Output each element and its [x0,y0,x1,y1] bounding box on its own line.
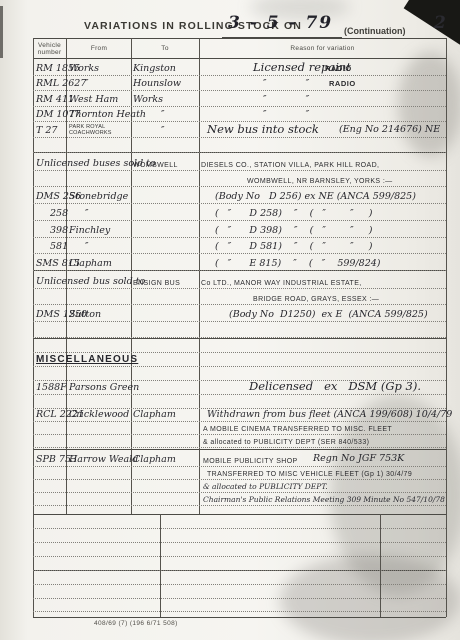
reason-cell: Delicensed ex DSM (Gp 3). [201,379,460,393]
reason-tag: Regn No JGF 753K [313,453,404,464]
reason-cell: (Body No D 256) ex NE (ANCA 599/825) [201,191,458,202]
table-row: 1588F Parsons Green Delicensed ex DSM (G… [33,380,446,395]
table-row: Unlicensed buses sold to WOMBWELL DIESEL… [33,152,446,171]
ruled-line [33,137,446,153]
vehicle-number: DM 1077 [36,109,70,120]
vehicle-number: RM 1855 [36,63,70,74]
table-row: RM 411 West Ham Works ″ ″ [33,90,446,107]
table-row: DMS 256 Stonebridge (Body No D 256) ex N… [33,186,446,204]
reason-tag: RADIO [329,79,356,88]
from-cell: PARK ROYAL COACHWORKS [69,125,125,136]
table-row: A MOBILE CINEMA TRANSFERRED TO MISC. FLE… [33,421,446,435]
reason-cell: Co LTD., MANOR WAY INDUSTRIAL ESTATE, [201,280,444,287]
scan-corner-mark [404,0,460,47]
ruled-line [33,556,446,571]
vehicle-number: RM 411 [36,94,70,105]
table-row: Chairman's Public Relations Meeting 309 … [33,492,446,506]
reason-cell: WOMBWELL, NR BARNSLEY, YORKS :— [201,178,460,185]
table-row: SMS 815 Clapham ( ″ E 815) ″ ( ″ 599/824… [33,253,446,271]
table-row: BRIDGE ROAD, GRAYS, ESSEX :— [33,288,446,305]
reason-cell: Chairman's Public Relations Meeting 309 … [201,495,446,504]
reason-cell: BRIDGE ROAD, GRAYS, ESSEX :— [201,296,460,303]
ruled-line [33,584,446,599]
ruled-line [33,514,446,529]
grid-line [33,617,446,618]
vehicle-number: RML 2627 [36,78,70,89]
reason-cell: & allocated to PUBLICITY DEPT. [201,482,446,491]
table-row: DM 1077 Thornton Heath ″ ″ ″ [33,106,446,122]
reason-cell: ″ ″ [201,94,460,105]
from-cell: Works [69,63,131,74]
table-row: RCL 2221 Cricklewood Clapham Withdrawn f… [33,408,446,422]
reason-cell: DIESELS CO., STATION VILLA, PARK HILL RO… [201,162,444,169]
from-cell: ″ [69,208,147,219]
form-print-code: 408/69 (7) (196 6/71 508) [94,620,178,627]
table-row: 398 Finchley ( ″ D 398) ″ ( ″ ″ ) [33,220,446,238]
to-cell: Kingston [133,63,199,74]
vehicle-number: T 27 [36,125,70,136]
from-cell: Stonebridge [69,191,131,202]
reason-cell: (Body No D1250) ex E (ANCA 599/825) [201,309,460,320]
reason-cell: TRANSFERRED TO MISC VEHICLE FLEET (Gp 1)… [201,471,450,478]
form-date: 3 - 5 - 79 [228,13,333,33]
vehicle-number: SMS 815 [36,258,70,269]
ruled-line [33,570,446,585]
reason-cell: A MOBILE CINEMA TRANSFERRED TO MISC. FLE… [201,426,446,433]
vehicle-number: 1588F [36,382,70,393]
column-header-vehicle-number: Vehicle number [34,42,65,56]
from-cell: ″ [69,241,147,252]
from-cell: Harrow Weald [69,454,131,465]
vehicle-number: RCL 2221 [36,409,70,420]
column-header-from: From [68,45,130,52]
ruled-line [33,528,446,543]
scanned-form-page: VARIATIONS IN ROLLING STOCK ON 3 - 5 - 7… [0,0,460,640]
ruled-line [33,321,446,338]
table-row: DMS 1250 Sutton (Body No D1250) ex E (AN… [33,304,446,322]
ruled-line [33,338,446,353]
table-row: & allocated to PUBLICITY DEPT (SER 840/5… [33,434,446,448]
page-number: 2 [434,13,446,33]
from-cell: Thornton Heath [69,109,131,120]
reason-cell: ( ″ D 258) ″ ( ″ ″ ) [201,208,458,219]
grid-line [33,38,446,39]
table-row: WOMBWELL, NR BARNSLEY, YORKS :— [33,170,446,187]
to-cell: Hounslow [133,78,199,89]
to-cell: WOMBWELL [133,162,199,169]
vehicle-number: DMS 1250 [36,309,70,320]
table-row: SPB 753 Harrow Weald Clapham MOBILE PUBL… [33,449,446,467]
table-row: T 27 PARK ROYAL COACHWORKS ″ New bus int… [33,121,446,138]
ruled-line [33,505,446,514]
table-row: TRANSFERRED TO MISC VEHICLE FLEET (Gp 1)… [33,466,446,480]
to-cell: ENSIGN BUS [133,280,199,287]
table-row: Unlicensed bus sold to ENSIGN BUS Co LTD… [33,270,446,289]
table-row: 258 ″ ( ″ D 258) ″ ( ″ ″ ) [33,203,446,221]
to-cell: Works [133,94,199,105]
table-row: & allocated to PUBLICITY DEPT. [33,479,446,493]
reason-cell: ″ ″ [201,109,460,120]
reason-tag: (Eng No 214676) NE [339,124,440,135]
from-cell: Clapham [69,258,131,269]
vehicle-number: SPB 753 [36,454,70,465]
reason-cell: ( ″ D 398) ″ ( ″ ″ ) [201,225,458,236]
to-cell: Clapham [133,454,199,465]
section-heading: MISCELLANEOUS [36,354,186,365]
vehicle-number: DMS 256 [36,191,70,202]
reason-tag: RADIO [325,64,352,73]
ruled-line [33,598,446,612]
from-cell: Finchley [69,225,131,236]
continuation-label: (Continuation) [344,26,405,36]
ruled-line [33,542,446,557]
from-cell: Parsons Green [69,382,131,393]
reason-cell: ( ″ E 815) ″ ( ″ 599/824) [201,258,458,269]
table-row: MISCELLANEOUS [33,352,446,367]
from-cell: West Ham [69,94,131,105]
from-cell: Sutton [69,309,131,320]
to-cell: Clapham [133,409,199,420]
scan-edge-mark [0,6,3,58]
column-header-reason: Reason for variation [201,45,444,52]
table-row: 581 ″ ( ″ D 581) ″ ( ″ ″ ) [33,237,446,254]
from-cell: Cricklewood [69,409,131,420]
reason-cell: & allocated to PUBLICITY DEPT (SER 840/5… [201,439,446,446]
table-row: RM 1855 Works Kingston Licensed repaint … [33,58,446,76]
column-header-to: To [133,45,197,52]
reason-cell: Withdrawn from bus fleet (ANCA 199/608) … [201,409,450,420]
table-row: RML 2627 ″ Hounslow ″ ″ RADIO [33,75,446,91]
reason-cell: ( ″ D 581) ″ ( ″ ″ ) [201,241,458,252]
ruled-line [33,394,446,409]
